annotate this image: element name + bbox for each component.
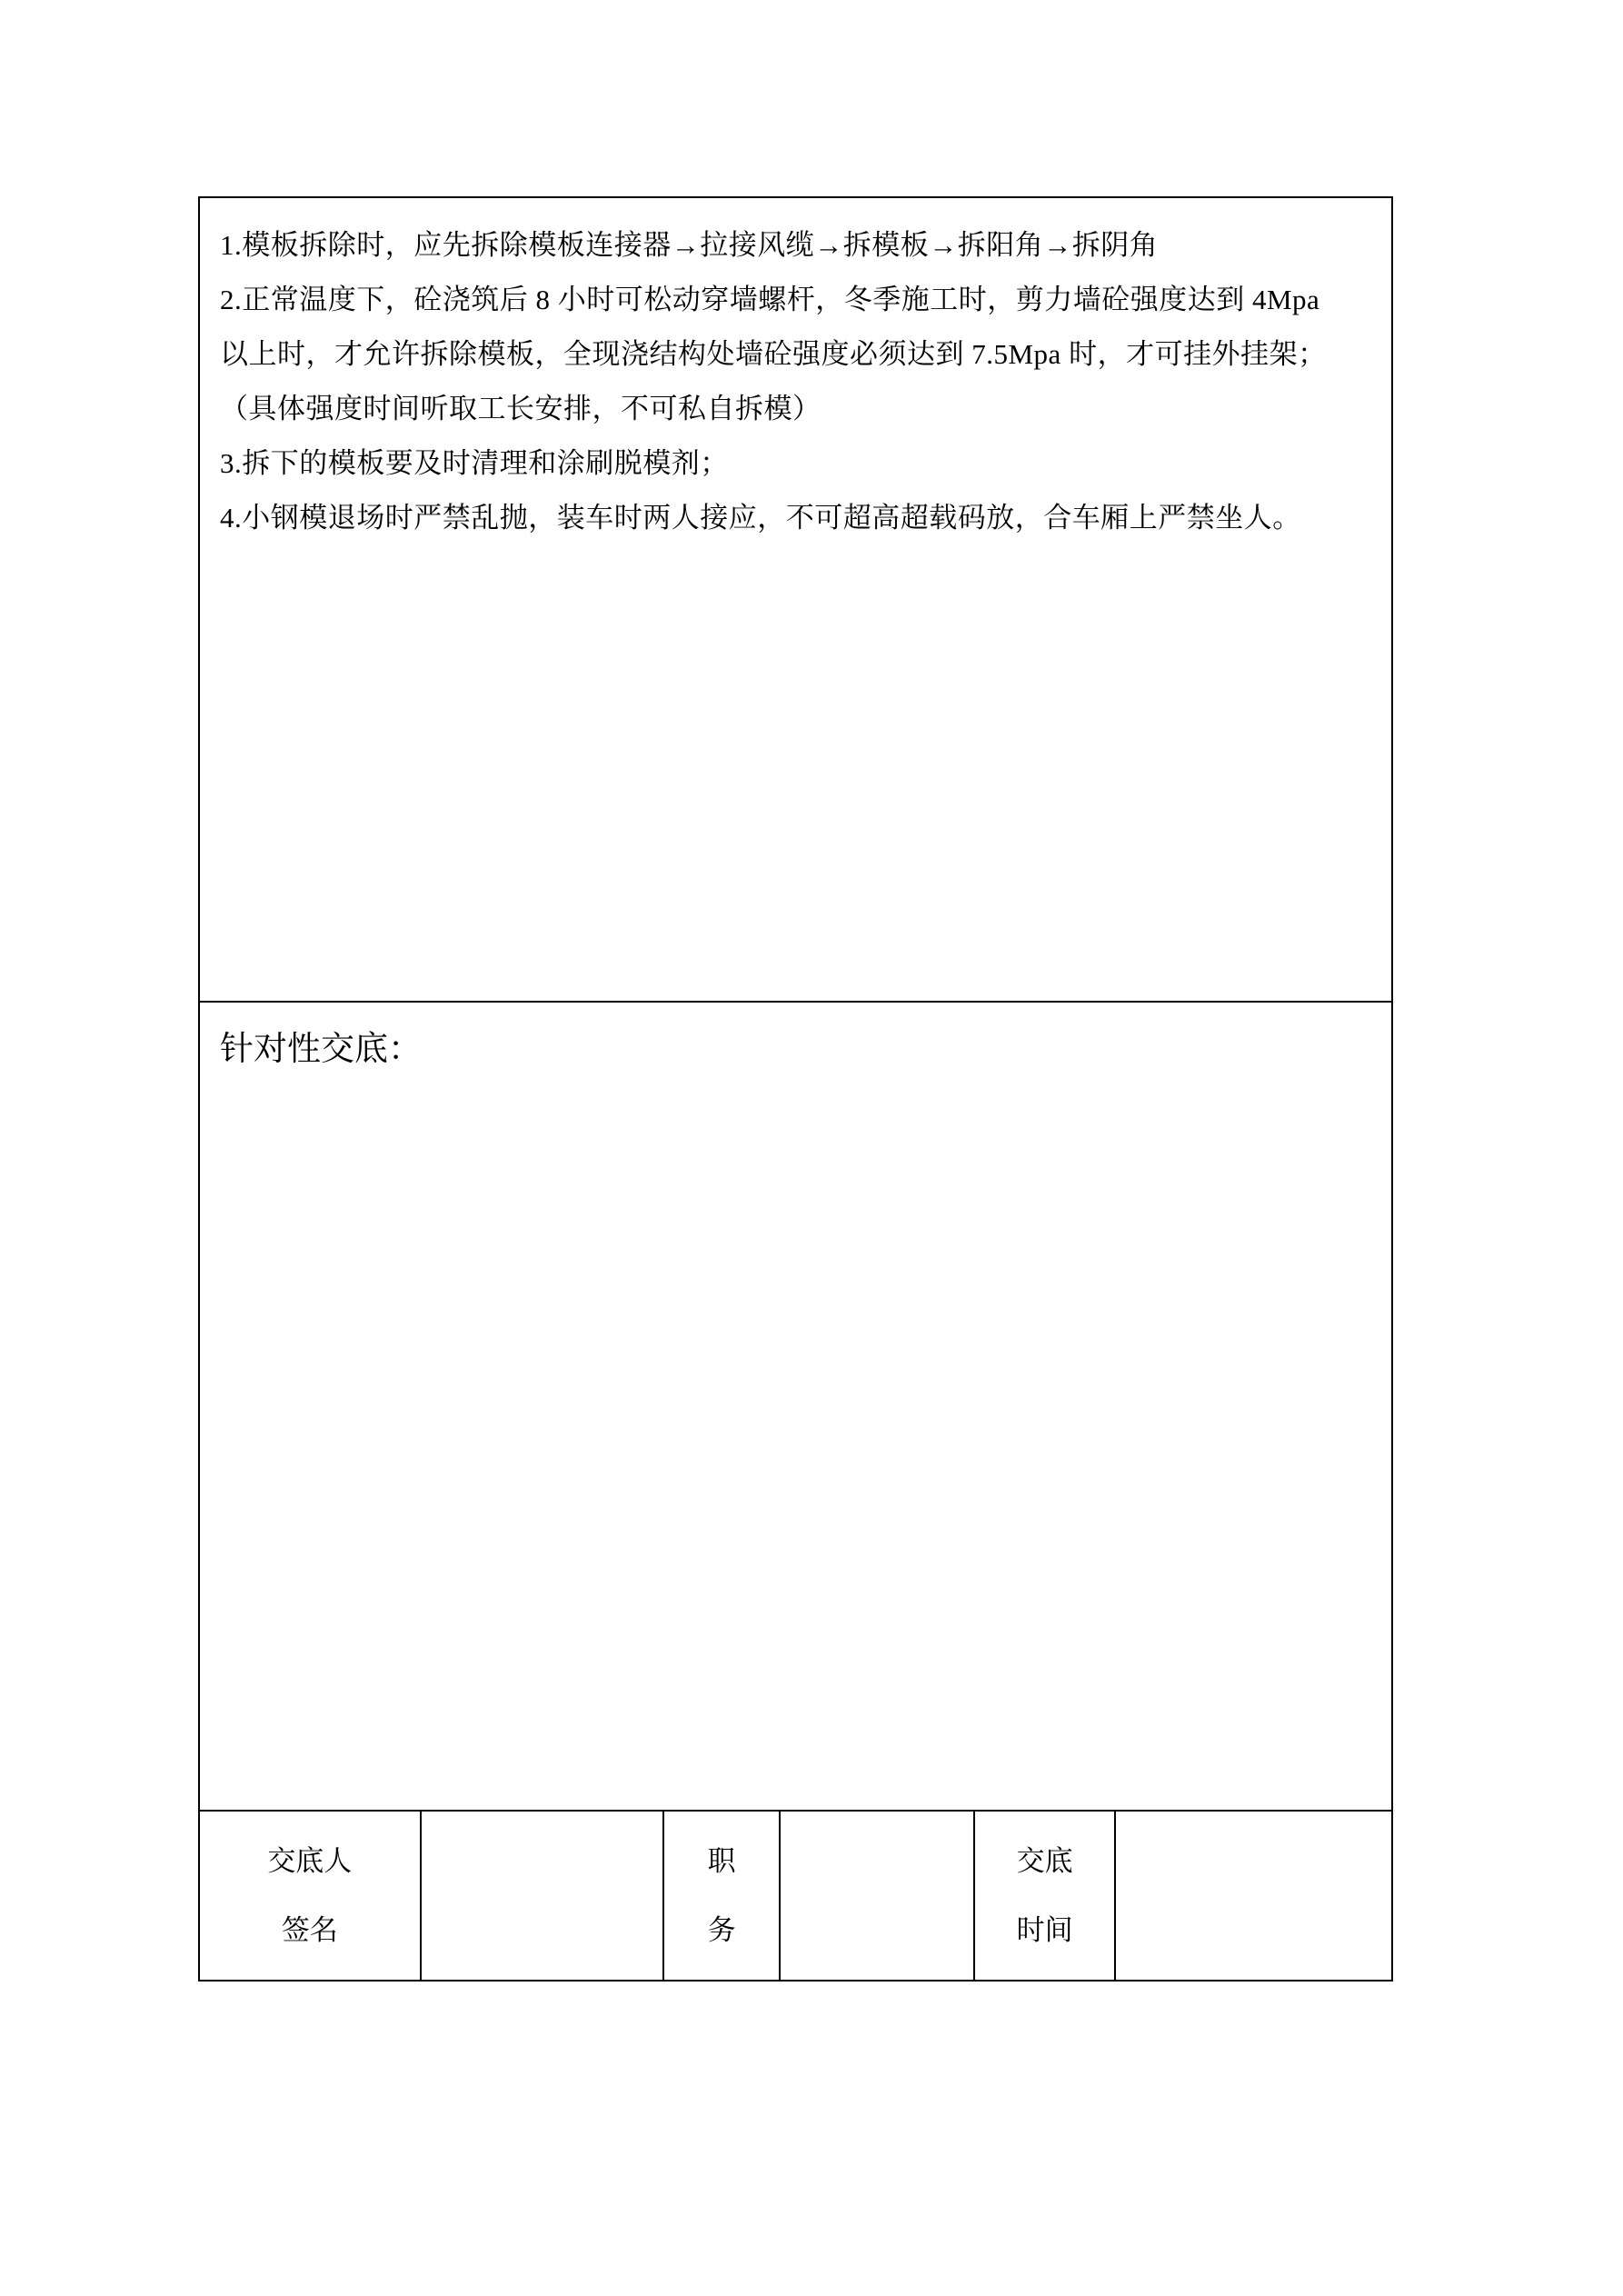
disclosure-time-input-cell[interactable] bbox=[1116, 1812, 1391, 1980]
discloser-label-line1: 交底人 bbox=[267, 1846, 352, 1877]
discloser-signature-input-cell[interactable] bbox=[422, 1812, 665, 1980]
position-input-cell[interactable] bbox=[781, 1812, 975, 1980]
disclosure-time-label-cell: 交底 时间 bbox=[975, 1812, 1117, 1980]
note-line-2: 2.正常温度下，砼浇筑后 8 小时可松动穿墙螺杆，冬季施工时，剪力墙砼强度达到 … bbox=[220, 273, 1373, 327]
position-label-line1: 职 bbox=[708, 1846, 736, 1877]
note-line-1: 1.模板拆除时，应先拆除模板连接器→拉接风缆→拆模板→拆阳角→拆阴角 bbox=[220, 218, 1373, 273]
disclosure-table: 1.模板拆除时，应先拆除模板连接器→拉接风缆→拆模板→拆阳角→拆阴角 2.正常温… bbox=[198, 196, 1393, 1982]
note-line-3: 以上时，才允许拆除模板，全现浇结构处墙砼强度必须达到 7.5Mpa 时，才可挂外… bbox=[220, 327, 1373, 382]
note-line-4: （具体强度时间听取工长安排，不可私自拆模） bbox=[220, 382, 1373, 436]
note-line-6: 4.小钢模退场时严禁乱抛，装车时两人接应，不可超高超载码放，合车厢上严禁坐人。 bbox=[220, 491, 1373, 545]
targeted-disclosure-cell: 针对性交底： bbox=[200, 1003, 1391, 1812]
general-notes-cell: 1.模板拆除时，应先拆除模板连接器→拉接风缆→拆模板→拆阳角→拆阴角 2.正常温… bbox=[200, 198, 1391, 1003]
position-label-cell: 职 务 bbox=[664, 1812, 781, 1980]
discloser-label-line2: 签名 bbox=[282, 1915, 338, 1946]
discloser-signature-label-cell: 交底人 签名 bbox=[200, 1812, 422, 1980]
document-page: 1.模板拆除时，应先拆除模板连接器→拉接风缆→拆模板→拆阳角→拆阴角 2.正常温… bbox=[0, 0, 1623, 2296]
targeted-disclosure-label: 针对性交底： bbox=[220, 1026, 1373, 1073]
time-label-line1: 交底 bbox=[1017, 1846, 1073, 1877]
note-line-5: 3.拆下的模板要及时清理和涂刷脱模剂； bbox=[220, 436, 1373, 491]
signature-row: 交底人 签名 职 务 交底 时间 bbox=[200, 1812, 1391, 1980]
position-label-line2: 务 bbox=[708, 1915, 736, 1946]
time-label-line2: 时间 bbox=[1017, 1915, 1073, 1946]
